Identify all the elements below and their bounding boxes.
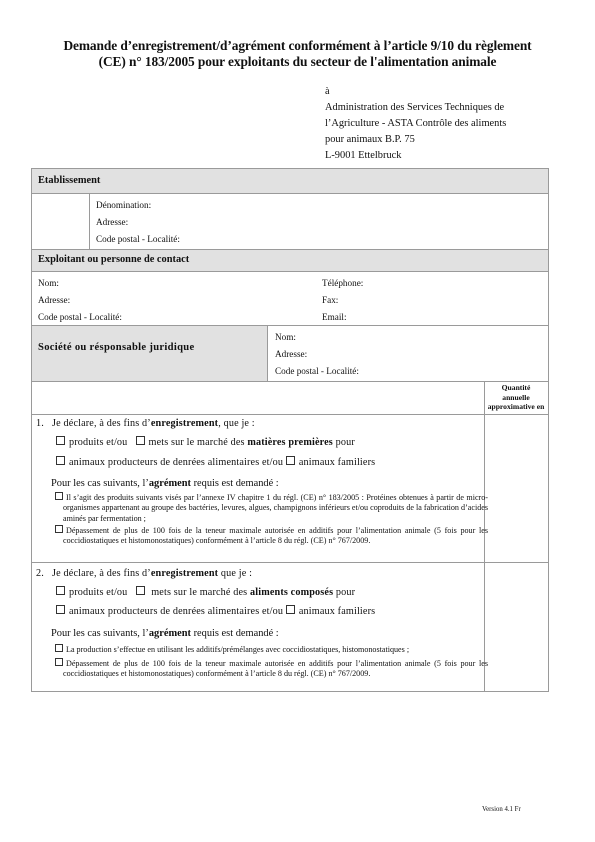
checkbox-animaux-producteurs[interactable] [56, 456, 65, 465]
column-divider [89, 194, 90, 249]
checkbox-animaux-familiers[interactable] [286, 456, 295, 465]
section-1-options: produits et/ou mets sur le marché des ma… [56, 433, 355, 452]
document-title: Demande d’enregistrement/d’agrément conf… [0, 38, 595, 70]
option-label: mets sur le marché des [149, 437, 248, 448]
agrement-text: Pour les cas suivants, l’ [51, 478, 149, 489]
intro-bold: enregistrement [151, 418, 218, 429]
section-2-options: produits et/ou mets sur le marché des al… [56, 583, 355, 602]
societe-nom-field[interactable]: Nom: [275, 329, 296, 346]
section-1-case-2: Dépassement de plus de 100 fois de la te… [55, 525, 488, 547]
option-label: pour [333, 587, 355, 598]
agrement-bold: agrément [149, 628, 191, 639]
agrement-text: Pour les cas suivants, l’ [51, 628, 149, 639]
title-line-1: Demande d’enregistrement/d’agrément conf… [0, 38, 595, 54]
checkbox-animaux-familiers[interactable] [286, 605, 295, 614]
section-number: 2. [36, 568, 44, 579]
quantity-header-line: Quantité [484, 383, 548, 393]
agrement-bold: agrément [149, 478, 191, 489]
intro-text: Je déclare, à des fins d’ [52, 418, 151, 429]
section-2-animals: animaux producteurs de denrées alimentai… [56, 602, 375, 621]
checkbox-case-depassement[interactable] [55, 658, 63, 666]
checkbox-produits[interactable] [56, 586, 65, 595]
checkbox-produits[interactable] [56, 436, 65, 445]
quantity-header-line: annuelle [484, 393, 548, 403]
exploitant-adresse-field[interactable]: Adresse: [38, 292, 70, 309]
recipient-prefix: à [325, 84, 506, 100]
option-bold: matières premières [247, 437, 333, 448]
section-1-intro: 1. Je déclare, à des fins d’enregistreme… [36, 414, 255, 433]
exploitant-section: Exploitant ou personne de contact Nom: A… [31, 249, 549, 326]
option-label: produits et/ou [69, 437, 127, 448]
option-label: animaux familiers [299, 457, 375, 468]
option-label: animaux producteurs de denrées alimentai… [69, 457, 283, 468]
exploitant-email-field[interactable]: Email: [322, 309, 347, 326]
recipient-address: à Administration des Services Techniques… [325, 84, 506, 164]
etablissement-adresse-field[interactable]: Adresse: [96, 214, 128, 231]
case-text: La production s’effectue en utilisant le… [66, 645, 409, 654]
section-2-agrement: Pour les cas suivants, l’agrément requis… [51, 624, 279, 643]
quantity-header-line: approximative en [484, 402, 548, 412]
option-label: animaux producteurs de denrées alimentai… [69, 606, 283, 617]
societe-header: Société ou résponsable juridique [32, 326, 268, 381]
section-1-agrement: Pour les cas suivants, l’agrément requis… [51, 474, 279, 493]
intro-text: que je : [218, 568, 252, 579]
checkbox-case-annexe-iv[interactable] [55, 492, 63, 500]
checkbox-mets-sur-marche[interactable] [136, 436, 145, 445]
exploitant-telephone-field[interactable]: Téléphone: [322, 275, 363, 292]
checkbox-case-coccidiostatiques[interactable] [55, 644, 63, 652]
recipient-line: pour animaux B.P. 75 [325, 132, 506, 148]
intro-text: Je déclare, à des fins d’ [52, 568, 151, 579]
quantity-header: Quantité annuelle approximative en [484, 382, 548, 412]
case-text: Il s’agit des produits suivants visés pa… [63, 493, 488, 523]
case-text: Dépassement de plus de 100 fois de la te… [63, 659, 488, 678]
agrement-text: requis est demandé : [191, 478, 279, 489]
section-1-case-1: Il s’agit des produits suivants visés pa… [55, 492, 488, 524]
checkbox-mets-sur-marche[interactable] [136, 586, 145, 595]
agrement-text: requis est demandé : [191, 628, 279, 639]
checkbox-case-depassement[interactable] [55, 525, 63, 533]
societe-adresse-field[interactable]: Adresse: [275, 346, 307, 363]
option-label: animaux familiers [299, 606, 375, 617]
intro-bold: enregistrement [151, 568, 218, 579]
option-label: produits et/ou [69, 587, 127, 598]
etablissement-section: Etablissement Dénomination: Adresse: Cod… [31, 168, 549, 250]
recipient-line: L-9001 Ettelbruck [325, 148, 506, 164]
quantity-input-section-2[interactable] [485, 563, 548, 691]
recipient-line: Administration des Services Techniques d… [325, 100, 506, 116]
societe-section: Société ou résponsable juridique Nom: Ad… [31, 325, 549, 382]
exploitant-code-postal-field[interactable]: Code postal - Localité: [38, 309, 122, 326]
societe-code-postal-field[interactable]: Code postal - Localité: [275, 363, 359, 380]
exploitant-fax-field[interactable]: Fax: [322, 292, 338, 309]
section-2-case-1: La production s’effectue en utilisant le… [55, 644, 493, 655]
quantity-input-section-1[interactable] [485, 415, 548, 562]
row-divider [32, 562, 548, 563]
etablissement-denomination-field[interactable]: Dénomination: [96, 197, 151, 214]
title-line-2: (CE) n° 183/2005 pour exploitants du sec… [0, 54, 595, 70]
section-number: 1. [36, 418, 44, 429]
checkbox-animaux-producteurs[interactable] [56, 605, 65, 614]
exploitant-header: Exploitant ou personne de contact [32, 250, 548, 272]
option-label: pour [333, 437, 355, 448]
version-label: Version 4.1 Fr [482, 806, 521, 813]
intro-text: , que je : [218, 418, 255, 429]
declaration-table: Quantité annuelle approximative en 1. Je… [31, 381, 549, 692]
etablissement-header: Etablissement [32, 169, 548, 194]
section-1-animals: animaux producteurs de denrées alimentai… [56, 453, 375, 472]
etablissement-code-postal-field[interactable]: Code postal - Localité: [96, 231, 180, 248]
option-bold: aliments composés [250, 587, 333, 598]
option-label: mets sur le marché des [149, 587, 250, 598]
section-2-intro: 2. Je déclare, à des fins d’enregistreme… [36, 564, 252, 583]
exploitant-nom-field[interactable]: Nom: [38, 275, 59, 292]
case-text: Dépassement de plus de 100 fois de la te… [63, 526, 488, 545]
section-2-case-2: Dépassement de plus de 100 fois de la te… [55, 658, 488, 680]
recipient-line: l’Agriculture - ASTA Contrôle des alimen… [325, 116, 506, 132]
